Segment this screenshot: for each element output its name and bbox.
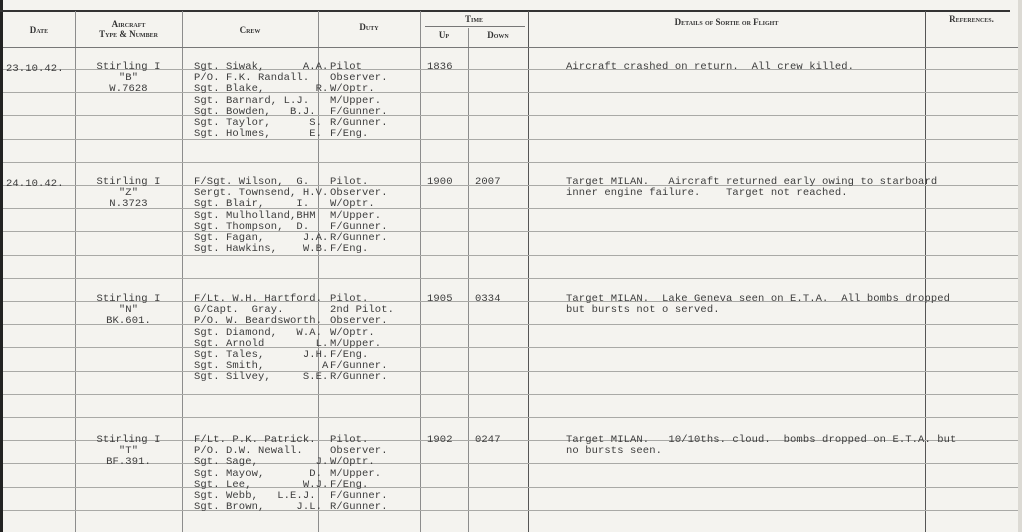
- sortie-details-line: inner engine failure. Target not reached…: [566, 187, 848, 199]
- crew-member-name: P/O. W. Beardsworth.: [194, 315, 322, 327]
- column-rule: [925, 11, 926, 532]
- page-right-edge: [1018, 0, 1022, 532]
- crew-member-duty: W/Optr.: [330, 83, 375, 95]
- crew-member-name: Sgt. Silvey, S.E.: [194, 371, 328, 383]
- column-rule: [468, 28, 469, 532]
- ledger-rule: [3, 394, 1018, 395]
- aircraft-serial: BF.391.: [75, 456, 182, 468]
- crew-member-duty: W/Optr.: [330, 456, 375, 468]
- aircraft-serial: W.7628: [75, 83, 182, 95]
- aircraft-serial: N.3723: [75, 198, 182, 210]
- time-header-rule: [425, 26, 525, 27]
- header-time-up: Up: [420, 30, 468, 40]
- ledger-rule: [3, 255, 1018, 256]
- time-up: 1902: [427, 434, 453, 446]
- ledger-rule: [3, 231, 1018, 232]
- header-date: Date: [3, 25, 75, 35]
- crew-member-name: Sgt. Blair, I.: [194, 198, 309, 210]
- header-time-down: Down: [468, 30, 528, 40]
- crew-member-name: Sgt. Blake, R.: [194, 83, 328, 95]
- header-bottom-rule: [3, 47, 1018, 48]
- header-aircraft: Aircraft Type & Number: [75, 19, 182, 39]
- ledger-rule: [3, 115, 1018, 116]
- operations-record-page: Date Aircraft Type & Number Crew Duty Ti…: [0, 0, 1022, 532]
- column-rule: [420, 11, 421, 532]
- header-duty: Duty: [318, 22, 420, 32]
- page-left-edge: [0, 0, 3, 532]
- header-top-rule: [0, 10, 1010, 12]
- crew-member-duty: Observer.: [330, 315, 388, 327]
- crew-member-duty: F/Eng.: [330, 128, 368, 140]
- header-details: Details of Sortie or Flight: [528, 17, 925, 27]
- header-aircraft-line1: Aircraft: [75, 19, 182, 29]
- ledger-rule: [3, 278, 1018, 279]
- crew-member-duty: F/Eng.: [330, 243, 368, 255]
- time-down: 0247: [475, 434, 501, 446]
- sortie-details-line: Aircraft crashed on return. All crew kil…: [566, 61, 854, 73]
- header-crew: Crew: [182, 25, 318, 35]
- ledger-rule: [3, 347, 1018, 348]
- time-up: 1836: [427, 61, 453, 73]
- time-down: 2007: [475, 176, 501, 188]
- crew-member-name: Sgt. Sage, J.: [194, 456, 328, 468]
- ledger-rule: [3, 371, 1018, 372]
- crew-member-duty: R/Gunner.: [330, 501, 388, 513]
- time-down: 0334: [475, 293, 501, 305]
- time-up: 1900: [427, 176, 453, 188]
- sortie-details-line: no bursts seen.: [566, 445, 662, 457]
- sortie-details-line: but bursts not o served.: [566, 304, 720, 316]
- ledger-rule: [3, 417, 1018, 418]
- crew-member-name: Sgt. Holmes, E.: [194, 128, 322, 140]
- crew-member-duty: R/Gunner.: [330, 371, 388, 383]
- ledger-rule: [3, 487, 1018, 488]
- ledger-rule: [3, 510, 1018, 511]
- crew-member-name: Sgt. Hawkins, W.B.: [194, 243, 328, 255]
- crew-member-duty: W/Optr.: [330, 198, 375, 210]
- crew-member-name: Sgt. Brown, J.L.: [194, 501, 322, 513]
- sortie-date: 24.10.42.: [6, 178, 74, 190]
- header-time: Time: [420, 14, 528, 24]
- ledger-rule: [3, 162, 1018, 163]
- header-aircraft-line2: Type & Number: [75, 29, 182, 39]
- column-rule: [182, 11, 183, 532]
- ledger-rule: [3, 139, 1018, 140]
- aircraft-serial: BK.601.: [75, 315, 182, 327]
- sortie-date: 23.10.42.: [6, 63, 74, 75]
- column-rule: [528, 11, 529, 532]
- header-references: References.: [925, 14, 1018, 24]
- time-up: 1905: [427, 293, 453, 305]
